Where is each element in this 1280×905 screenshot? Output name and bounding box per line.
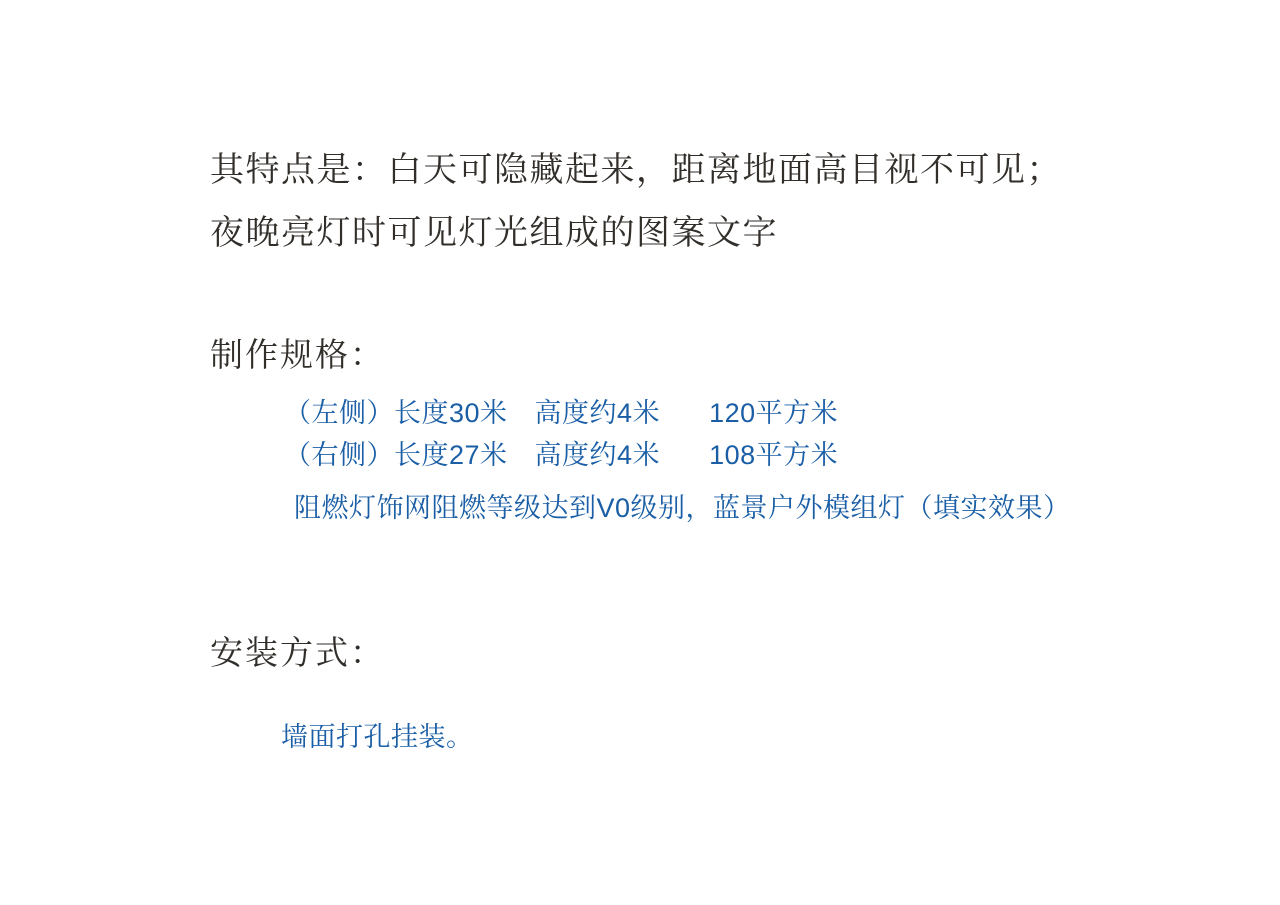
spec-row-right-side: （右侧）长度27米 高度约4米 108平方米 [284, 439, 838, 471]
flame-retardant-note: 阻燃灯饰网阻燃等级达到V0级别，蓝景户外模组灯（填实效果） [294, 492, 1071, 524]
intro-paragraph-line-2: 夜晚亮灯时可见灯光组成的图案文字 [210, 214, 778, 252]
spec-right-dimensions: （右侧）长度27米 [284, 439, 508, 471]
intro-paragraph-line-1: 其特点是：白天可隐藏起来，距离地面高目视不可见； [210, 151, 1062, 189]
spec-right-area: 108平方米 [709, 439, 838, 471]
spec-left-height: 高度约4米 [535, 397, 661, 429]
spec-right-height: 高度约4米 [535, 439, 661, 471]
slide-page: 其特点是：白天可隐藏起来，距离地面高目视不可见； 夜晚亮灯时可见灯光组成的图案文… [0, 0, 1280, 905]
install-section-heading: 安装方式： [210, 634, 385, 672]
spec-row-left-side: （左侧）长度30米 高度约4米 120平方米 [284, 397, 838, 429]
specs-section-heading: 制作规格： [210, 336, 385, 374]
install-method-text: 墙面打孔挂装。 [281, 721, 474, 753]
spec-left-area: 120平方米 [709, 397, 838, 429]
spec-left-dimensions: （左侧）长度30米 [284, 397, 508, 429]
